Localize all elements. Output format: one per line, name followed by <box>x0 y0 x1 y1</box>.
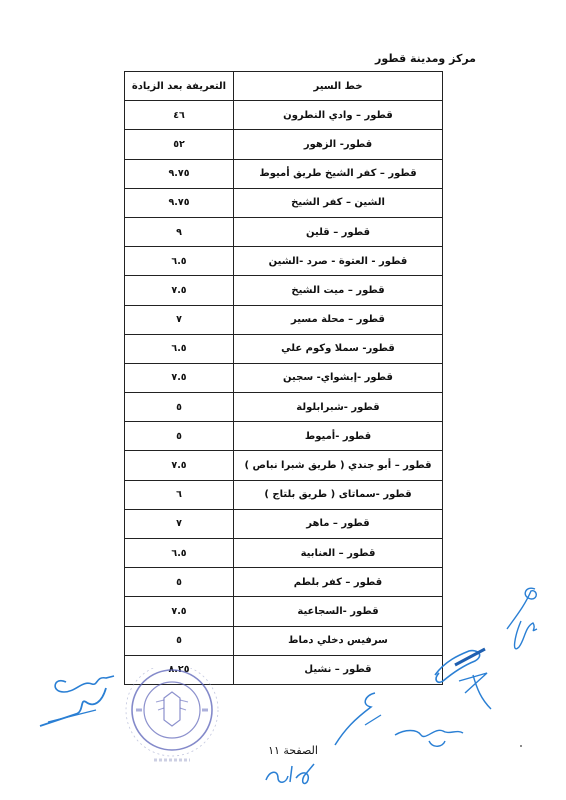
table-row: قطور – ماهر٧ <box>125 509 443 538</box>
route-cell: قطور -إبشواي- سجين <box>234 363 443 392</box>
table-row: قطور – قلين٩ <box>125 217 443 246</box>
table-row: قطور – ميت الشيخ٧.٥ <box>125 276 443 305</box>
header-fare: التعريفة بعد الزيادة <box>125 72 234 101</box>
fare-cell: ٧.٥ <box>125 276 234 305</box>
fare-cell: ٦.٥ <box>125 334 234 363</box>
fare-cell: ٤٦ <box>125 101 234 130</box>
fare-cell: ٦ <box>125 480 234 509</box>
route-cell: قطور – كفر الشيخ طريق أميوط <box>234 159 443 188</box>
fare-cell: ٧.٥ <box>125 363 234 392</box>
route-cell: قطور – قلين <box>234 217 443 246</box>
route-cell: قطور – ماهر <box>234 509 443 538</box>
table-row: الشين – كفر الشيخ٩.٧٥ <box>125 188 443 217</box>
table-row: قطور – محلة مسير٧ <box>125 305 443 334</box>
table-row: قطور -إبشواي- سجين٧.٥ <box>125 363 443 392</box>
fare-cell: ٩.٧٥ <box>125 159 234 188</box>
route-cell: سرفيس دخلي دماط <box>234 626 443 655</box>
table-row: قطور- الزهور٥٢ <box>125 130 443 159</box>
route-cell: قطور – وادي النطرون <box>234 101 443 130</box>
table-row: قطور – العنابية٦.٥ <box>125 539 443 568</box>
table-row: قطور - العتوة - صرد -الشين٦.٥ <box>125 247 443 276</box>
fare-cell: ٧.٥ <box>125 597 234 626</box>
fare-cell: ٦.٥ <box>125 539 234 568</box>
table-row: قطور -أميوط٥ <box>125 422 443 451</box>
fare-cell: ٥٢ <box>125 130 234 159</box>
route-cell: قطور – أبو جندي ( طريق شبرا نباص ) <box>234 451 443 480</box>
signature-bottom-icon <box>260 760 320 790</box>
table-row: سرفيس دخلي دماط٥ <box>125 626 443 655</box>
route-cell: قطور -شبرابلولة <box>234 393 443 422</box>
route-cell: قطور – كفر بلطم <box>234 568 443 597</box>
fare-cell: ٧ <box>125 509 234 538</box>
route-cell: قطور -سماتاى ( طريق بلتاج ) <box>234 480 443 509</box>
fare-cell: ٧ <box>125 305 234 334</box>
fare-cell: ٥ <box>125 568 234 597</box>
fare-cell: ٩ <box>125 217 234 246</box>
route-cell: قطور – محلة مسير <box>234 305 443 334</box>
route-cell: قطور - العتوة - صرد -الشين <box>234 247 443 276</box>
route-cell: قطور – ميت الشيخ <box>234 276 443 305</box>
fare-cell: ٦.٥ <box>125 247 234 276</box>
table-row: قطور -السجاعية٧.٥ <box>125 597 443 626</box>
route-cell: قطور – العنابية <box>234 539 443 568</box>
route-cell: قطور- الزهور <box>234 130 443 159</box>
table-row: قطور – أبو جندي ( طريق شبرا نباص )٧.٥ <box>125 451 443 480</box>
table-row: قطور – كفر الشيخ طريق أميوط٩.٧٥ <box>125 159 443 188</box>
page-number: الصفحة ١١ <box>0 744 566 757</box>
fare-cell: ٥ <box>125 393 234 422</box>
table-row: قطور- سملا وكوم علي٦.٥ <box>125 334 443 363</box>
fare-table: خط السير التعريفة بعد الزيادة قطور – واد… <box>124 71 443 685</box>
table-row: قطور – كفر بلطم٥ <box>125 568 443 597</box>
table-row: قطور – وادي النطرون٤٦ <box>125 101 443 130</box>
table-header-row: خط السير التعريفة بعد الزيادة <box>125 72 443 101</box>
route-cell: الشين – كفر الشيخ <box>234 188 443 217</box>
fare-cell: ٥ <box>125 422 234 451</box>
signature-middle-icon <box>325 685 475 775</box>
fare-cell: ٩.٧٥ <box>125 188 234 217</box>
signature-left-icon <box>36 662 126 732</box>
table-row: قطور -سماتاى ( طريق بلتاج )٦ <box>125 480 443 509</box>
table-row: قطور -شبرابلولة٥ <box>125 393 443 422</box>
route-cell: قطور- سملا وكوم علي <box>234 334 443 363</box>
document-heading: مركز ومدينة قطور <box>375 52 476 65</box>
route-cell: قطور – نشيل <box>234 655 443 684</box>
fare-cell: ٧.٥ <box>125 451 234 480</box>
fare-cell: ٥ <box>125 626 234 655</box>
header-route: خط السير <box>234 72 443 101</box>
route-cell: قطور -السجاعية <box>234 597 443 626</box>
route-cell: قطور -أميوط <box>234 422 443 451</box>
